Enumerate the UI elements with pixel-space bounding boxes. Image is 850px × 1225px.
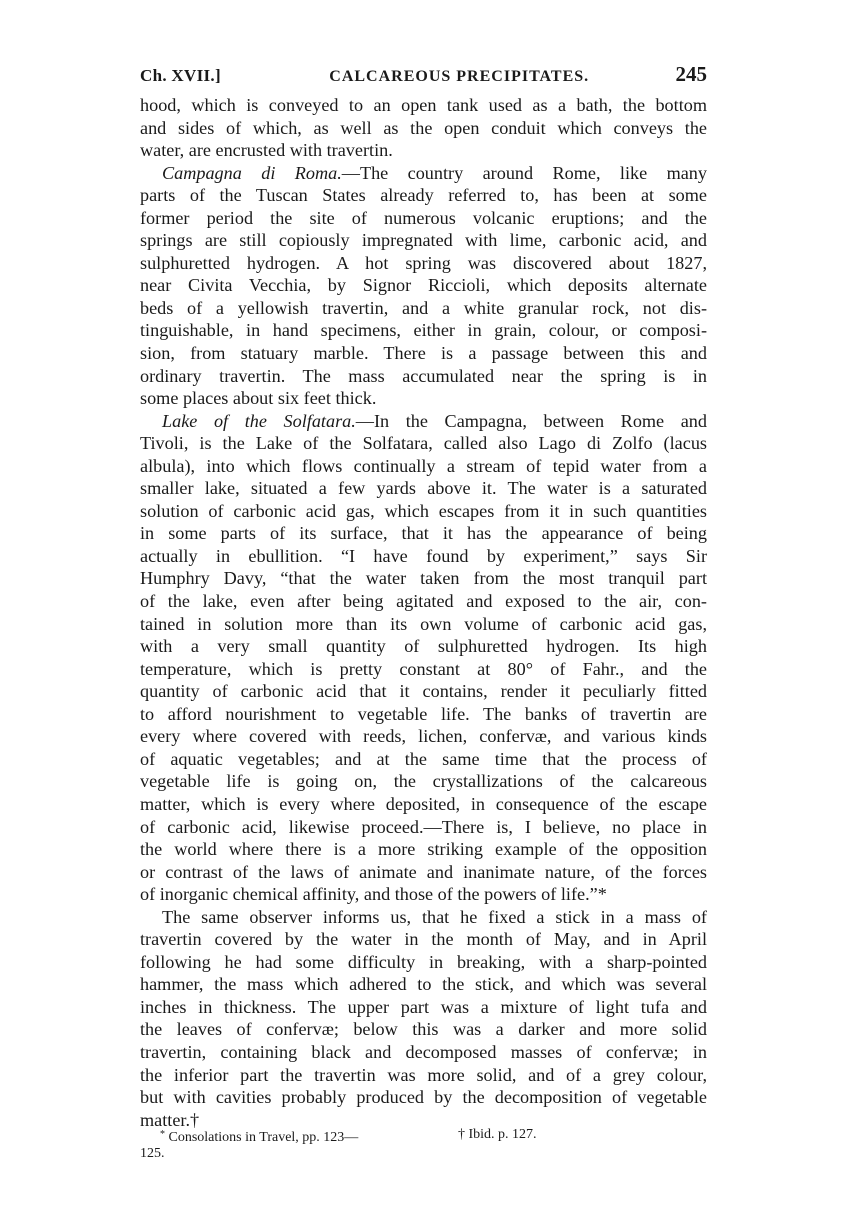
text-line: to afford nourishment to vegetable life.… [140,703,707,726]
text-line: travertin covered by the water in the mo… [140,928,707,951]
text-line: quantity of carbonic acid that it contai… [140,680,707,703]
text-line: vegetable life is going on, the crystall… [140,770,707,793]
footnote-1: * Consolations in Travel, pp. 123— 125. [160,1127,430,1162]
text-line: travertin, containing black and decompos… [140,1041,707,1064]
text-line: in some parts of its surface, that it ha… [140,522,707,545]
text-line: the inferior part the travertin was more… [140,1064,707,1087]
footnotes: * Consolations in Travel, pp. 123— 125. … [160,1127,580,1162]
text-line: the leaves of confervæ; below this was a… [140,1018,707,1041]
text-line: some places about six feet thick. [140,387,707,410]
body-text: hood, which is conveyed to an open tank … [140,94,707,1131]
running-head: Ch. XVII.] CALCAREOUS PRECIPITATES. 245 [140,62,707,90]
text-line: tinguishable, in hand specimens, either … [140,319,707,342]
page-number: 245 [675,62,707,87]
text-line: beds of a yellowish travertin, and a whi… [140,297,707,320]
book-page: Ch. XVII.] CALCAREOUS PRECIPITATES. 245 … [140,62,707,1131]
paragraph-lake-of-the-solfatara: Lake of the Solfatara.—In the Campagna, … [140,410,707,906]
text-line: ordinary travertin. The mass accumulated… [140,365,707,388]
footnote-1-mark: * [160,1129,165,1140]
text-line: former period the site of numerous volca… [140,207,707,230]
text-line: hammer, the mass which adhered to the st… [140,973,707,996]
text-line: with a very small quantity of sulphurett… [140,635,707,658]
text-line: but with cavities probably produced by t… [140,1086,707,1109]
text-line: Lake of the Solfatara.—In the Campagna, … [140,410,707,433]
text-line: smaller lake, situated a few yards above… [140,477,707,500]
text-line: of inorganic chemical affinity, and thos… [140,883,707,906]
text-line: sulphuretted hydrogen. A hot spring was … [140,252,707,275]
text-line: sion, from statuary marble. There is a p… [140,342,707,365]
section-heading-solfatara: Lake of the Solfatara. [162,411,356,431]
text-line: The same observer informs us, that he fi… [140,906,707,929]
paragraph-same-observer: The same observer informs us, that he fi… [140,906,707,1131]
text-line: actually in ebullition. “I have found by… [140,545,707,568]
text-line: the world where there is a more striking… [140,838,707,861]
footnote-1-text: Consolations in Travel, pp. 123— [169,1130,359,1145]
text-line: tained in solution more than its own vol… [140,613,707,636]
paragraph-campagna-di-roma: Campagna di Roma.—The country around Rom… [140,162,707,410]
chapter-label: Ch. XVII.] [140,66,221,86]
text-line: matter, which is every where deposited, … [140,793,707,816]
text-line: hood, which is conveyed to an open tank … [140,94,707,117]
text-line: of carbonic acid, likewise proceed.—Ther… [140,816,707,839]
text-line: inches in thickness. The upper part was … [140,996,707,1019]
text-line: every where covered with reeds, lichen, … [140,725,707,748]
section-heading-campagna: Campagna di Roma. [162,163,342,183]
footnote-2-mark: † [458,1127,465,1142]
text-line: following he had some difficulty in brea… [140,951,707,974]
footnote-2: † Ibid. p. 127. [458,1127,537,1162]
text-line: temperature, which is pretty constant at… [140,658,707,681]
text-line: of aquatic vegetables; and at the same t… [140,748,707,771]
text-line: Tivoli, is the Lake of the Solfatara, ca… [140,432,707,455]
text-line: parts of the Tuscan States already refer… [140,184,707,207]
footnote-1-continuation: 125. [140,1146,430,1162]
text-line: springs are still copiously impregnated … [140,229,707,252]
text-line: near Civita Vecchia, by Signor Riccioli,… [140,274,707,297]
text-line: albula), into which flows continually a … [140,455,707,478]
text-line: Humphry Davy, “that the water taken from… [140,567,707,590]
text-line: Campagna di Roma.—The country around Rom… [140,162,707,185]
text-line: of the lake, even after being agitated a… [140,590,707,613]
footnote-row: * Consolations in Travel, pp. 123— 125. … [160,1127,580,1162]
text-line: and sides of which, as well as the open … [140,117,707,140]
running-title: CALCAREOUS PRECIPITATES. [329,68,589,86]
paragraph-continuation: hood, which is conveyed to an open tank … [140,94,707,162]
text-line: or contrast of the laws of animate and i… [140,861,707,884]
text-line: water, are encrusted with travertin. [140,139,707,162]
text-line: solution of carbonic acid gas, which esc… [140,500,707,523]
footnote-2-text: Ibid. p. 127. [469,1127,537,1142]
